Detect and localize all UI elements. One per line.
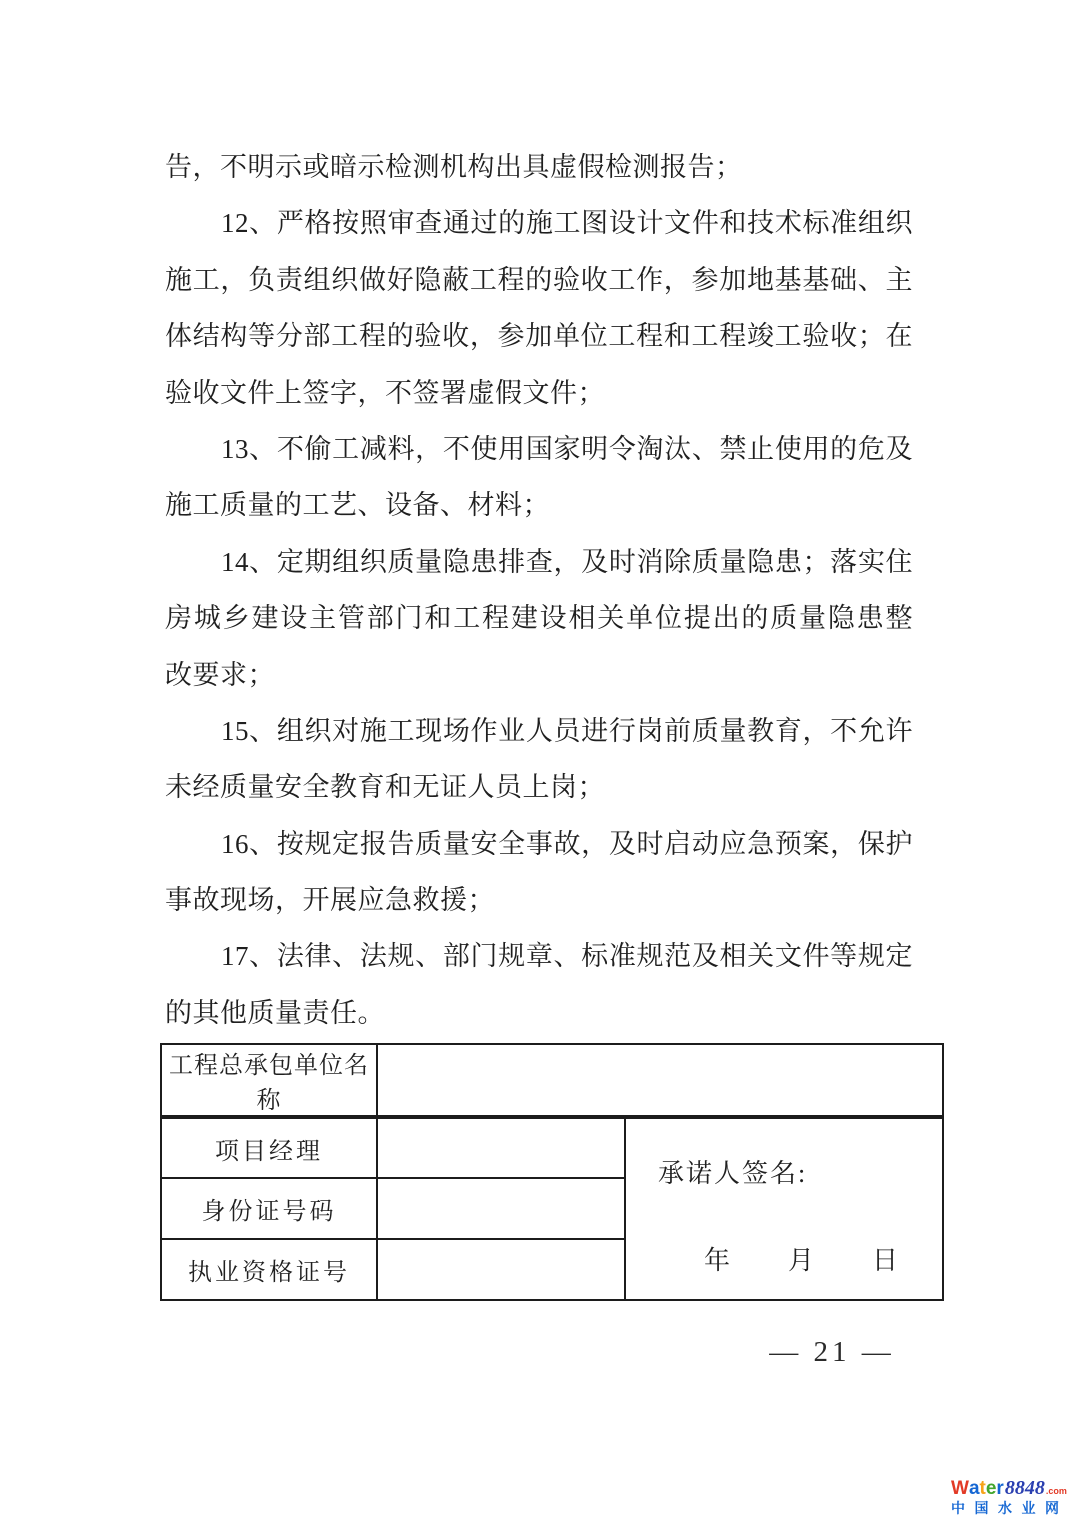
- doc-line-item-17: 17、法律、法规、部门规章、标准规范及相关文件等规定: [165, 928, 913, 984]
- doc-line: 的其他质量责任。: [165, 985, 913, 1041]
- doc-line: 告，不明示或暗示检测机构出具虚假检测报告；: [165, 139, 913, 195]
- id-number-label: 身份证号码: [161, 1178, 377, 1239]
- page-number: — 21 —: [751, 1336, 913, 1369]
- date-label: 年 月 日: [704, 1240, 900, 1277]
- brand-letter: e: [986, 1479, 997, 1498]
- watermark-logo: W a t e r 8848 .com 中国水业网: [951, 1478, 1073, 1515]
- brand-letter: W: [951, 1479, 969, 1498]
- doc-line-item-13: 13、不偷工减料，不使用国家明令淘汰、禁止使用的危及: [165, 421, 913, 477]
- doc-line-item-12: 12、严格按照审查通过的施工图设计文件和技术标准组织: [165, 195, 913, 251]
- document-text: 告，不明示或暗示检测机构出具虚假检测报告； 12、严格按照审查通过的施工图设计文…: [165, 139, 913, 1041]
- table-row: 工程总承包单位名称: [161, 1044, 943, 1117]
- doc-line: 改要求；: [165, 647, 913, 703]
- project-manager-label: 项目经理: [161, 1117, 377, 1178]
- doc-line: 未经质量安全教育和无证人员上岗；: [165, 759, 913, 815]
- project-manager-field: [377, 1117, 625, 1178]
- contractor-name-field: [377, 1044, 943, 1117]
- qualification-number-label: 执业资格证号: [161, 1239, 377, 1300]
- table-row: 项目经理 承诺人签名: 年 月 日: [161, 1117, 943, 1178]
- doc-line-item-14: 14、定期组织质量隐患排查，及时消除质量隐患；落实住: [165, 534, 913, 590]
- signature-cell: 承诺人签名: 年 月 日: [625, 1117, 943, 1300]
- doc-line-item-16: 16、按规定报告质量安全事故，及时启动应急预案，保护: [165, 816, 913, 872]
- id-number-field: [377, 1178, 625, 1239]
- doc-line: 施工质量的工艺、设备、材料；: [165, 477, 913, 533]
- doc-line: 体结构等分部工程的验收，参加单位工程和工程竣工验收；在: [165, 308, 913, 364]
- brand-letter: a: [969, 1479, 980, 1498]
- doc-line: 房城乡建设主管部门和工程建设相关单位提出的质量隐患整: [165, 590, 913, 646]
- qualification-number-field: [377, 1239, 625, 1300]
- contractor-name-label: 工程总承包单位名称: [161, 1044, 377, 1117]
- doc-line: 施工，负责组织做好隐蔽工程的验收工作，参加地基基础、主: [165, 252, 913, 308]
- document-page: 告，不明示或暗示检测机构出具虚假检测报告； 12、严格按照审查通过的施工图设计文…: [0, 0, 1080, 1527]
- brand-tld: .com: [1046, 1487, 1067, 1496]
- signature-label: 承诺人签名:: [658, 1153, 807, 1190]
- doc-line: 事故现场，开展应急救援；: [165, 872, 913, 928]
- doc-line-item-15: 15、组织对施工现场作业人员进行岗前质量教育，不允许: [165, 703, 913, 759]
- watermark-brand: W a t e r 8848 .com: [951, 1478, 1073, 1498]
- brand-letter: r: [996, 1479, 1003, 1498]
- watermark-site-name: 中国水业网: [951, 1501, 1073, 1515]
- doc-line: 验收文件上签字，不签署虚假文件；: [165, 365, 913, 421]
- commitment-table: 工程总承包单位名称 项目经理 承诺人签名: 年 月 日 身份证号码 执业资格证号: [160, 1043, 944, 1301]
- brand-number: 8848: [1005, 1478, 1045, 1498]
